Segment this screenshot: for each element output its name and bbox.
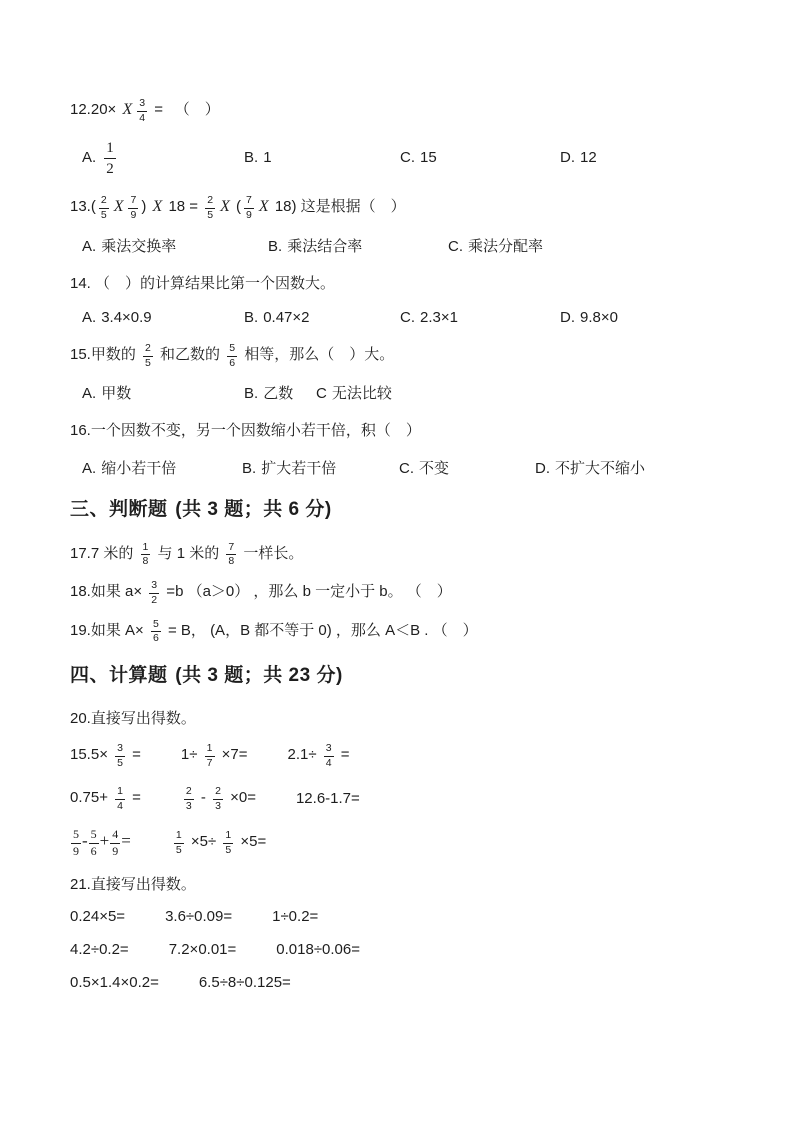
- fraction-numerator: 3: [115, 743, 125, 757]
- option-d: D.12: [560, 149, 597, 166]
- text-run: 与 1 米的: [153, 545, 223, 562]
- fraction-numerator: 5: [227, 343, 237, 357]
- fraction-numerator: 7: [226, 542, 236, 556]
- option-label: C.: [400, 309, 415, 326]
- text-run: ): [141, 198, 150, 215]
- fraction: 78: [226, 542, 236, 569]
- fraction-numerator: 2: [99, 195, 109, 209]
- fraction: 15: [174, 830, 184, 857]
- question-16-options: A.缩小若干倍B.扩大若干倍C.不变D.不扩大不缩小: [70, 457, 738, 478]
- calc-expression: 0.24×5=: [70, 908, 125, 925]
- fraction-denominator: 8: [143, 555, 149, 568]
- option-label: C.: [448, 238, 463, 255]
- question-21-row-1: 0.24×5=3.6÷0.09=1÷0.2=: [70, 908, 738, 925]
- fraction-denominator: 4: [139, 112, 145, 125]
- text-run: 1÷: [181, 746, 202, 763]
- fraction: 15: [223, 830, 233, 857]
- text-run: -: [82, 831, 88, 850]
- fraction-denominator: 5: [176, 844, 182, 857]
- option-label: D.: [560, 309, 575, 326]
- option-d: D.不扩大不缩小: [535, 457, 645, 478]
- text-run: 15.甲数的: [70, 346, 140, 363]
- text-run: 0.018÷0.06=: [276, 941, 360, 958]
- text-run: ×5÷: [187, 833, 221, 850]
- fraction-denominator: 8: [228, 555, 234, 568]
- section-3-heading: 三、判断题 (共 3 题；共 6 分): [70, 494, 738, 521]
- text-run: =b （a＞0） ，那么 b 一定小于 b。 （ ）: [162, 583, 452, 600]
- fraction-numerator: 4: [110, 828, 120, 843]
- text-run: 18) 这是根据（ ）: [271, 198, 406, 215]
- text-run: 13.(: [70, 198, 96, 215]
- fraction-numerator: 1: [174, 830, 184, 844]
- question-16-stem: 16.一个因数不变，另一个因数缩小若干倍，积（ ）: [70, 419, 738, 442]
- text-run: 2.3×1: [420, 309, 458, 326]
- question-13-stem: 13.(25X79) X 18 = 25X (79X 18) 这是根据（ ）: [70, 194, 738, 221]
- question-20-row-1: 15.5× 35 =1÷ 17 ×7=2.1÷ 34 =: [70, 742, 738, 769]
- option-b: B.乘法结合率: [268, 235, 448, 256]
- question-20-stem: 20.直接写出得数。: [70, 707, 738, 730]
- text-run: -: [197, 789, 210, 806]
- calc-expression: 7.2×0.01=: [169, 941, 237, 958]
- fraction: 79: [128, 195, 138, 222]
- option-label: A.: [82, 460, 96, 477]
- calc-expression: 2.1÷ 34 =: [288, 742, 350, 769]
- option-label: A.: [82, 309, 96, 326]
- option-label: A.: [82, 238, 96, 255]
- text-run: 6.5÷8÷0.125=: [199, 974, 291, 991]
- text-run: 12: [580, 149, 597, 166]
- italic-x-symbol: X: [220, 198, 230, 215]
- option-b: B.1: [244, 149, 400, 166]
- fraction-numerator: 1: [141, 542, 151, 556]
- text-run: 2.1÷: [288, 746, 321, 763]
- text-run: 12.20×: [70, 101, 120, 118]
- calc-expression: 1÷ 17 ×7=: [181, 742, 248, 769]
- text-run: 1: [263, 149, 271, 166]
- section-meta: (共 3 题；共 23 分): [170, 665, 343, 686]
- question-21-row-3: 0.5×1.4×0.2=6.5÷8÷0.125=: [70, 974, 738, 991]
- text-run: +: [100, 831, 110, 850]
- calc-expression: 4.2÷0.2=: [70, 941, 129, 958]
- fraction-denominator: 2: [151, 594, 157, 607]
- text-run: 18 =: [164, 198, 202, 215]
- text-run: 甲数: [101, 385, 131, 402]
- fraction: 14: [115, 786, 125, 813]
- option-c: C.2.3×1: [400, 309, 560, 326]
- question-21-stem: 21.直接写出得数。: [70, 873, 738, 896]
- text-run: 缩小若干倍: [101, 460, 176, 477]
- option-label: C: [316, 385, 327, 402]
- question-19-stem: 19.如果 A× 56 = B， (A，B 都不等于 0) ，那么 A＜B . …: [70, 618, 738, 645]
- calc-expression: 23 - 23 ×0=: [181, 785, 256, 812]
- fraction-numerator: 1: [104, 139, 116, 160]
- option-b: B.扩大若干倍: [242, 457, 399, 478]
- text-run: 9.8×0: [580, 309, 618, 326]
- text-run: 扩大若干倍: [261, 460, 336, 477]
- fraction-numerator: 5: [71, 828, 81, 843]
- text-run: 相等，那么（ ）大。: [240, 346, 394, 363]
- fraction-denominator: 5: [145, 357, 151, 370]
- question-12-options: A.12B.1C.15D.12: [70, 138, 738, 179]
- fraction-numerator: 1: [115, 786, 125, 800]
- text-run: 0.5×1.4×0.2=: [70, 974, 159, 991]
- fraction-numerator: 3: [324, 743, 334, 757]
- option-label: C.: [400, 149, 415, 166]
- text-run: ×0=: [226, 789, 256, 806]
- fraction-numerator: 2: [205, 195, 215, 209]
- italic-x-symbol: X: [259, 198, 269, 215]
- section-title: 三、判断题: [70, 499, 168, 520]
- text-run: 20.直接写出得数。: [70, 710, 196, 727]
- option-c: C.乘法分配率: [448, 235, 543, 256]
- fraction: 59: [71, 828, 81, 858]
- text-run: 19.如果 A×: [70, 622, 148, 639]
- fraction: 32: [149, 580, 159, 607]
- text-run: = （ ）: [150, 101, 220, 118]
- italic-x-symbol: X: [153, 198, 163, 215]
- text-run: 一样长。: [239, 545, 303, 562]
- option-label: B.: [242, 460, 256, 477]
- fraction-denominator: 5: [207, 209, 213, 222]
- option-d: D.9.8×0: [560, 309, 618, 326]
- calc-expression: 0.75+ 14 =: [70, 785, 141, 812]
- calc-expression: 0.018÷0.06=: [276, 941, 360, 958]
- fraction-numerator: 3: [149, 580, 159, 594]
- text-run: ×7=: [218, 746, 248, 763]
- text-run: 0.47×2: [263, 309, 309, 326]
- option-c: C.15: [400, 149, 560, 166]
- option-c: C.不变: [399, 457, 535, 478]
- option-label: B.: [244, 149, 258, 166]
- fraction-denominator: 5: [117, 757, 123, 770]
- option-b: B.乙数: [244, 382, 316, 403]
- text-run: =: [121, 831, 131, 850]
- text-run: =: [128, 746, 141, 763]
- fraction: 17: [205, 743, 215, 770]
- option-a: A.3.4×0.9: [82, 309, 244, 326]
- fraction-denominator: 3: [186, 800, 192, 813]
- text-run: 不扩大不缩小: [555, 460, 645, 477]
- calc-expression: 0.5×1.4×0.2=: [70, 974, 159, 991]
- text-run: 4.2÷0.2=: [70, 941, 129, 958]
- calc-expression: 6.5÷8÷0.125=: [199, 974, 291, 991]
- worksheet-page: 12.20× X34 = （ ）A.12B.1C.15D.1213.(25X79…: [0, 0, 793, 1122]
- text-run: (: [232, 198, 241, 215]
- text-run: =: [337, 746, 350, 763]
- fraction: 34: [137, 98, 147, 125]
- calc-expression: 59-56+49=: [70, 827, 131, 857]
- fraction-numerator: 3: [137, 98, 147, 112]
- fraction: 34: [324, 743, 334, 770]
- question-15-stem: 15.甲数的 25 和乙数的 56 相等，那么（ ）大。: [70, 342, 738, 369]
- text-run: 和乙数的: [156, 346, 224, 363]
- option-label: B.: [268, 238, 282, 255]
- fraction: 12: [104, 139, 116, 180]
- text-run: 乘法分配率: [468, 238, 543, 255]
- text-run: 1÷0.2=: [272, 908, 318, 925]
- text-run: 0.75+: [70, 789, 112, 806]
- fraction-denominator: 9: [246, 209, 252, 222]
- fraction-denominator: 9: [73, 844, 79, 858]
- calc-expression: 15.5× 35 =: [70, 742, 141, 769]
- fraction: 23: [213, 786, 223, 813]
- section-meta: (共 3 题；共 6 分): [170, 499, 332, 520]
- option-label: D.: [535, 460, 550, 477]
- fraction-denominator: 6: [91, 844, 97, 858]
- text-run: =: [128, 789, 141, 806]
- text-run: 3.4×0.9: [101, 309, 151, 326]
- text-run: 14. （ ）的计算结果比第一个因数大。: [70, 275, 335, 292]
- text-run: 7.2×0.01=: [169, 941, 237, 958]
- option-label: C.: [399, 460, 414, 477]
- calc-expression: 3.6÷0.09=: [165, 908, 232, 925]
- option-label: D.: [560, 149, 575, 166]
- question-14-stem: 14. （ ）的计算结果比第一个因数大。: [70, 272, 738, 295]
- fraction: 18: [141, 542, 151, 569]
- fraction: 25: [205, 195, 215, 222]
- text-run: 乘法结合率: [287, 238, 362, 255]
- fraction-denominator: 6: [153, 632, 159, 645]
- fraction-numerator: 5: [151, 619, 161, 633]
- fraction-denominator: 9: [112, 844, 118, 858]
- question-20-row-2: 0.75+ 14 =23 - 23 ×0=12.6-1.7=: [70, 785, 738, 812]
- fraction-denominator: 3: [215, 800, 221, 813]
- text-run: 乘法交换率: [101, 238, 176, 255]
- option-b: B.0.47×2: [244, 309, 400, 326]
- fraction-numerator: 1: [205, 743, 215, 757]
- question-20-row-3: 59-56+49=15 ×5÷ 15 ×5=: [70, 827, 738, 857]
- option-label: B.: [244, 309, 258, 326]
- fraction: 25: [99, 195, 109, 222]
- fraction-denominator: 2: [106, 159, 114, 179]
- text-run: 0.24×5=: [70, 908, 125, 925]
- fraction: 23: [184, 786, 194, 813]
- text-run: 无法比较: [332, 385, 392, 402]
- fraction-denominator: 5: [225, 844, 231, 857]
- option-a: A.乘法交换率: [82, 235, 268, 256]
- fraction-denominator: 9: [130, 209, 136, 222]
- fraction-numerator: 2: [184, 786, 194, 800]
- question-15-options: A.甲数B.乙数C无法比较: [70, 382, 738, 403]
- option-label: B.: [244, 385, 258, 402]
- question-13-options: A.乘法交换率B.乘法结合率C.乘法分配率: [70, 235, 738, 256]
- fraction-numerator: 7: [244, 195, 254, 209]
- text-run: 乙数: [263, 385, 293, 402]
- option-label: A.: [82, 385, 96, 402]
- fraction: 35: [115, 743, 125, 770]
- fraction-denominator: 6: [229, 357, 235, 370]
- text-run: 12.6-1.7=: [296, 790, 360, 807]
- option-a: A.甲数: [82, 382, 244, 403]
- fraction-numerator: 7: [128, 195, 138, 209]
- question-12-stem: 12.20× X34 = （ ）: [70, 97, 738, 124]
- fraction: 49: [110, 828, 120, 858]
- document-body: 12.20× X34 = （ ）A.12B.1C.15D.1213.(25X79…: [70, 97, 738, 991]
- text-run: 15: [420, 149, 437, 166]
- fraction: 56: [89, 828, 99, 858]
- text-run: ×5=: [236, 833, 266, 850]
- text-run: 16.一个因数不变，另一个因数缩小若干倍，积（ ）: [70, 422, 421, 439]
- fraction-denominator: 7: [207, 757, 213, 770]
- question-21-row-2: 4.2÷0.2=7.2×0.01=0.018÷0.06=: [70, 941, 738, 958]
- fraction-numerator: 1: [223, 830, 233, 844]
- text-run: = B， (A，B 都不等于 0) ，那么 A＜B . （ ）: [164, 622, 478, 639]
- fraction: 79: [244, 195, 254, 222]
- calc-expression: 15 ×5÷ 15 ×5=: [171, 829, 266, 856]
- option-label: A.: [82, 149, 96, 166]
- option-c: C无法比较: [316, 382, 392, 403]
- text-run: 3.6÷0.09=: [165, 908, 232, 925]
- fraction: 25: [143, 343, 153, 370]
- fraction-numerator: 2: [213, 786, 223, 800]
- fraction: 56: [151, 619, 161, 646]
- text-run: 15.5×: [70, 746, 112, 763]
- question-17-stem: 17.7 米的 18 与 1 米的 78 一样长。: [70, 541, 738, 568]
- option-a: A.12: [82, 138, 244, 179]
- text-run: 不变: [419, 460, 449, 477]
- text-run: 21.直接写出得数。: [70, 876, 196, 893]
- fraction-denominator: 4: [326, 757, 332, 770]
- calc-expression: 12.6-1.7=: [296, 790, 360, 807]
- text-run: 18.如果 a×: [70, 583, 146, 600]
- italic-x-symbol: X: [122, 101, 132, 118]
- fraction-denominator: 4: [117, 800, 123, 813]
- fraction-numerator: 2: [143, 343, 153, 357]
- option-a: A.缩小若干倍: [82, 457, 242, 478]
- fraction: 56: [227, 343, 237, 370]
- fraction-denominator: 5: [101, 209, 107, 222]
- question-14-options: A.3.4×0.9B.0.47×2C.2.3×1D.9.8×0: [70, 309, 738, 326]
- section-4-heading: 四、计算题 (共 3 题；共 23 分): [70, 660, 738, 687]
- fraction-numerator: 5: [89, 828, 99, 843]
- section-title: 四、计算题: [70, 665, 168, 686]
- question-18-stem: 18.如果 a× 32 =b （a＞0） ，那么 b 一定小于 b。 （ ）: [70, 579, 738, 606]
- italic-x-symbol: X: [114, 198, 124, 215]
- calc-expression: 1÷0.2=: [272, 908, 318, 925]
- text-run: 17.7 米的: [70, 545, 138, 562]
